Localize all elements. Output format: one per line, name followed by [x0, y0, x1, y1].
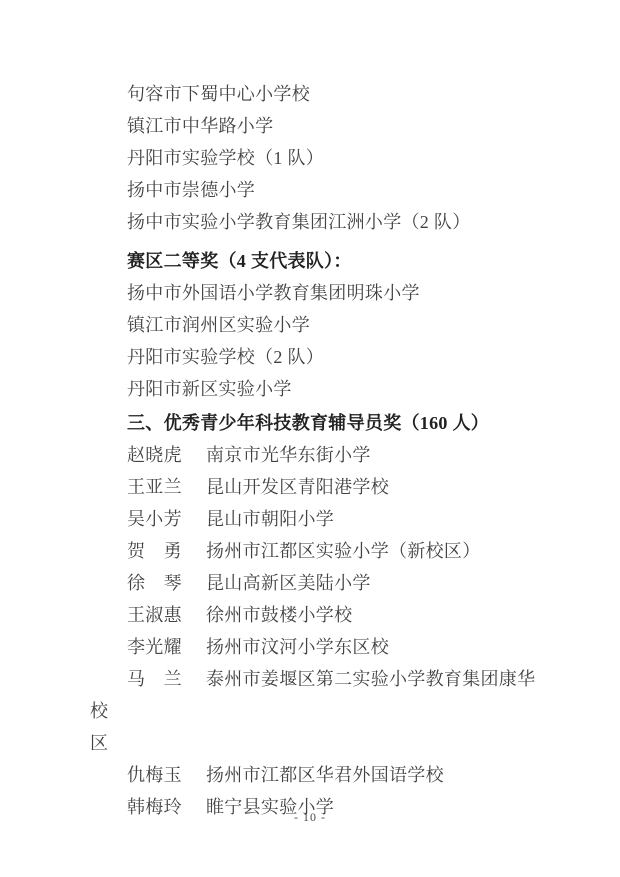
tutor-school-wrapped-line: 区 — [90, 727, 552, 759]
tutor-name: 仇梅玉 — [127, 759, 206, 791]
tutor-school: 昆山开发区青阳港学校 — [206, 477, 389, 497]
page-body: 句容市下蜀中心小学校 镇江市中华路小学 丹阳市实验学校（1 队） 扬中市崇德小学… — [90, 78, 552, 823]
school-list-item: 扬中市实验小学教育集团江洲小学（2 队） — [90, 206, 552, 238]
school-list-item: 扬中市崇德小学 — [90, 174, 552, 206]
section-heading-tutor-award: 三、优秀青少年科技教育辅导员奖（160 人） — [90, 407, 552, 439]
tutor-name: 李光耀 — [127, 631, 206, 663]
tutor-school: 扬州市汶河小学东区校 — [206, 637, 389, 657]
school-list-item: 丹阳市实验学校（2 队） — [90, 341, 552, 373]
tutor-row: 仇梅玉扬州市江都区华君外国语学校 — [90, 759, 552, 791]
tutor-row: 李光耀扬州市汶河小学东区校 — [90, 631, 552, 663]
school-list-item: 句容市下蜀中心小学校 — [90, 78, 552, 110]
tutor-school: 徐州市鼓楼小学校 — [206, 605, 352, 625]
tutor-school: 昆山高新区美陆小学 — [206, 573, 371, 593]
tutor-name: 贺 勇 — [127, 535, 206, 567]
tutor-row: 贺 勇扬州市江都区实验小学（新校区） — [90, 535, 552, 567]
tutor-row: 赵晓虎南京市光华东街小学 — [90, 439, 552, 471]
tutor-row: 马 兰泰州市姜堰区第二实验小学教育集团康华校 — [90, 663, 552, 727]
tutor-row: 王淑惠徐州市鼓楼小学校 — [90, 599, 552, 631]
tutor-name: 徐 琴 — [127, 567, 206, 599]
tutor-name: 马 兰 — [127, 663, 206, 695]
tutor-school: 扬州市江都区华君外国语学校 — [206, 765, 444, 785]
tutor-school: 昆山市朝阳小学 — [206, 509, 334, 529]
school-list-item: 扬中市外国语小学教育集团明珠小学 — [90, 277, 552, 309]
tutor-row: 徐 琴昆山高新区美陆小学 — [90, 567, 552, 599]
school-list-item: 丹阳市实验学校（1 队） — [90, 142, 552, 174]
tutor-name: 王淑惠 — [127, 599, 206, 631]
tutor-row: 吴小芳昆山市朝阳小学 — [90, 503, 552, 535]
section-heading-second-prize: 赛区二等奖（4 支代表队）： — [90, 245, 552, 277]
school-list-item: 镇江市润州区实验小学 — [90, 309, 552, 341]
tutor-name: 赵晓虎 — [127, 439, 206, 471]
tutor-name: 吴小芳 — [127, 503, 206, 535]
tutor-school: 扬州市江都区实验小学（新校区） — [206, 541, 481, 561]
tutor-school: 南京市光华东街小学 — [206, 445, 371, 465]
page-number: - 10 - — [0, 810, 620, 825]
school-list-item: 镇江市中华路小学 — [90, 110, 552, 142]
document-page: 句容市下蜀中心小学校 镇江市中华路小学 丹阳市实验学校（1 队） 扬中市崇德小学… — [0, 0, 620, 877]
tutor-row: 王亚兰昆山开发区青阳港学校 — [90, 471, 552, 503]
school-list-item: 丹阳市新区实验小学 — [90, 373, 552, 405]
tutor-name: 王亚兰 — [127, 471, 206, 503]
